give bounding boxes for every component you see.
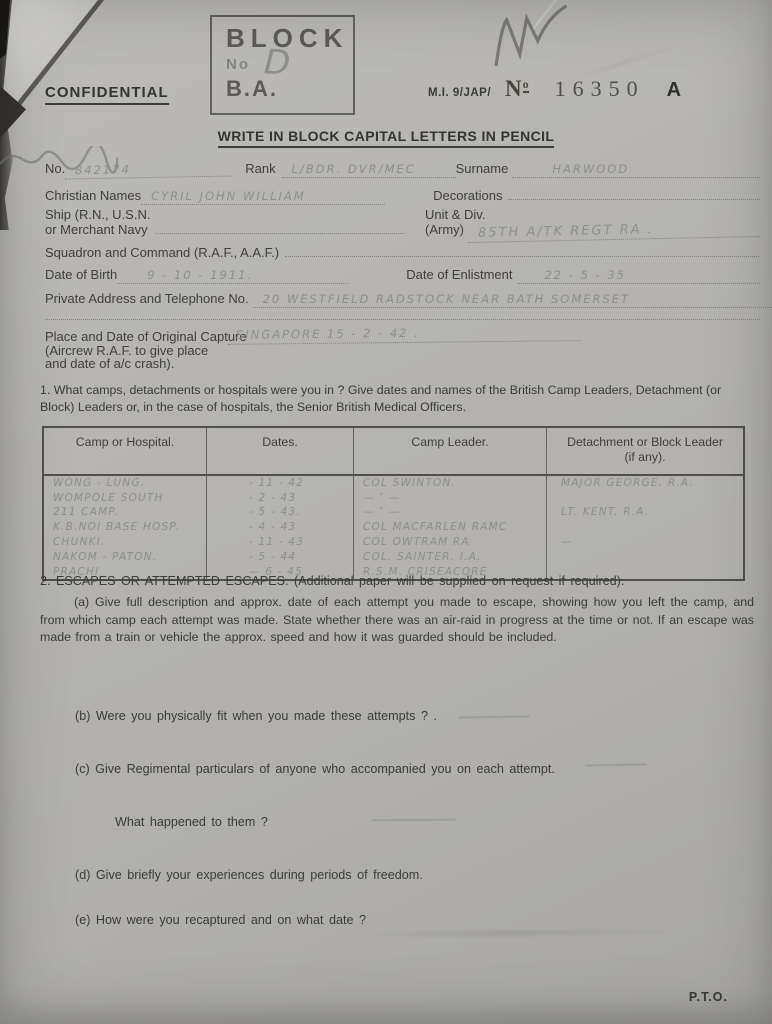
ref-number-stamped: 16350 — [555, 76, 645, 102]
detachment-cell: MAJOR GEORGE. R.A. — [547, 476, 743, 491]
surname-label: Surname — [456, 161, 509, 176]
dates-cell: - 5 - 43. — [207, 505, 354, 520]
form-instruction-title: WRITE IN BLOCK CAPITAL LETTERS IN PENCIL — [0, 128, 772, 146]
stamp-ba-text: B.A. — [226, 76, 353, 102]
leader-cell: COL OWTRAM RA — [354, 535, 547, 550]
dates-cell: - 11 - 42 — [207, 476, 354, 491]
ref-prefix: M.I. 9/JAP/ — [428, 87, 491, 99]
decorations-value — [508, 198, 760, 200]
col-header-dates: Dates. — [207, 428, 354, 476]
question2e-text: (e) How were you recaptured and on what … — [75, 913, 366, 927]
address-continuation-line — [45, 307, 760, 320]
pencil-dash-answer — [372, 819, 456, 822]
surname-value: HARWOOD — [512, 162, 760, 178]
camp-cell: 211 CAMP. — [44, 505, 207, 520]
question2-heading: 2. ESCAPES OR ATTEMPTED ESCAPES. (Additi… — [40, 574, 752, 588]
capture-label-line2: (Aircrew R.A.F. to give place — [45, 344, 247, 358]
christian-names-value: CYRIL JOHN WILLIAM — [141, 189, 385, 205]
squadron-label: Squadron and Command (R.A.F., A.A.F.) — [45, 245, 279, 260]
detachment-cell: LT. KENT. R.A. — [547, 505, 743, 520]
unit-label-line1: Unit & Div. — [425, 207, 760, 222]
question1-text: 1. What camps, detachments or hospitals … — [40, 382, 746, 417]
ref-no-symbol: No — [505, 76, 529, 102]
dates-cell: - 11 - 43 — [207, 535, 354, 550]
detachment-cell — [547, 550, 743, 565]
leader-cell: COL MACFARLEN RAMC — [354, 520, 547, 535]
rank-value: L/BDR. DVR/MEC — [282, 162, 456, 178]
leader-cell: COL. SAINTER. I.A. — [354, 550, 547, 565]
camp-cell: WOMPOLE SOUTH — [44, 491, 207, 506]
pencil-dash-answer — [585, 763, 647, 766]
camp-cell: K.B.NOI BASE HOSP. — [44, 520, 207, 535]
camp-cell: WONG - LUNG. — [44, 476, 207, 491]
address-value: 20 WESTFIELD RADSTOCK NEAR BATH SOMERSET — [253, 292, 772, 308]
christian-names-label: Christian Names — [45, 188, 141, 203]
leader-cell: COL SWINTON. — [354, 476, 547, 491]
dates-cell: - 4 - 43 — [207, 520, 354, 535]
row-squadron: Squadron and Command (R.A.F., A.A.F.) — [45, 245, 759, 260]
camp-cell: NAKOM - PATON. — [44, 550, 207, 565]
row-private-address: Private Address and Telephone No. 20 WES… — [45, 291, 772, 308]
ship-label-line1: Ship (R.N., U.S.N. — [45, 207, 405, 222]
leader-cell: — ″ — — [354, 491, 547, 506]
handwritten-block-letter: D — [263, 42, 291, 83]
detachment-cell — [547, 520, 743, 535]
scanned-document: { "header": { "confidential": "CONFIDENT… — [0, 0, 772, 1024]
date-of-birth-value: 9 - 10 - 1911. — [117, 268, 348, 284]
capture-field-label: Place and Date of Original Capture (Airc… — [45, 330, 247, 371]
detachment-cell — [547, 491, 743, 506]
date-of-enlistment-label: Date of Enlistment — [406, 267, 512, 282]
ship-value — [156, 232, 405, 234]
row-christian-decorations: Christian Names CYRIL JOHN WILLIAM Decor… — [45, 188, 760, 205]
question2c-followup-text: What happened to them ? — [115, 815, 268, 829]
page-turn-over-label: P.T.O. — [689, 990, 728, 1004]
pencil-scribble-mark — [482, 1, 581, 74]
no-label: No. — [45, 161, 65, 176]
decorations-label: Decorations — [433, 188, 502, 203]
question2a-text: (a) Give full description and approx. da… — [40, 594, 754, 647]
ship-field: Ship (R.N., U.S.N. or Merchant Navy — [45, 207, 405, 237]
rank-label: Rank — [245, 161, 275, 176]
address-label: Private Address and Telephone No. — [45, 291, 249, 306]
leader-cell: — ″ — — [354, 505, 547, 520]
reference-number-line: M.I. 9/JAP/ No 16350 A — [428, 76, 681, 102]
unit-value: 85TH A/TK REGT RA . — [468, 220, 760, 243]
date-of-birth-label: Date of Birth — [45, 267, 117, 282]
date-of-enlistment-value: 22 - 5 - 35 — [518, 268, 760, 284]
question2c-text: (c) Give Regimental particulars of anyon… — [75, 762, 555, 776]
question2d-text: (d) Give briefly your experiences during… — [75, 868, 423, 882]
capture-label-line3: and date of a/c crash). — [45, 357, 247, 371]
pencil-smudge — [350, 926, 680, 939]
detachment-cell: — — [547, 535, 743, 550]
ship-label-line2: or Merchant Navy — [45, 222, 148, 237]
unit-label-line2: (Army) — [425, 222, 464, 237]
col-header-leader: Camp Leader. — [354, 428, 547, 476]
capture-value: SINGAPORE 15 - 2 - 42 . — [228, 324, 580, 345]
col-header-detachment: Detachment or Block Leader (if any). — [547, 428, 743, 476]
camps-table: Camp or Hospital. Dates. Camp Leader. De… — [42, 426, 745, 581]
dates-cell: - 2 - 43 — [207, 491, 354, 506]
question2b-text: (b) Were you physically fit when you mad… — [75, 709, 437, 723]
pencil-dash-answer — [458, 715, 530, 718]
squadron-value — [285, 255, 759, 257]
row-no-rank-surname: No. 842174 Rank L/BDR. DVR/MEC Surname H… — [45, 161, 760, 178]
camp-cell: CHUNKI. — [44, 535, 207, 550]
confidential-label: CONFIDENTIAL — [45, 84, 169, 105]
unit-div-field: Unit & Div. (Army) 85TH A/TK REGT RA . — [425, 207, 760, 240]
no-value: 842174 — [65, 161, 231, 180]
ref-suffix-letter: A — [667, 79, 681, 102]
row-dob-enlistment: Date of Birth 9 - 10 - 1911. Date of Enl… — [45, 267, 760, 284]
capture-label-line1: Place and Date of Original Capture — [45, 330, 247, 344]
block-ba-stamp: BLOCK No B.A. D — [210, 15, 355, 115]
col-header-camp: Camp or Hospital. — [44, 428, 207, 476]
dates-cell: - 5 - 44 — [207, 550, 354, 565]
